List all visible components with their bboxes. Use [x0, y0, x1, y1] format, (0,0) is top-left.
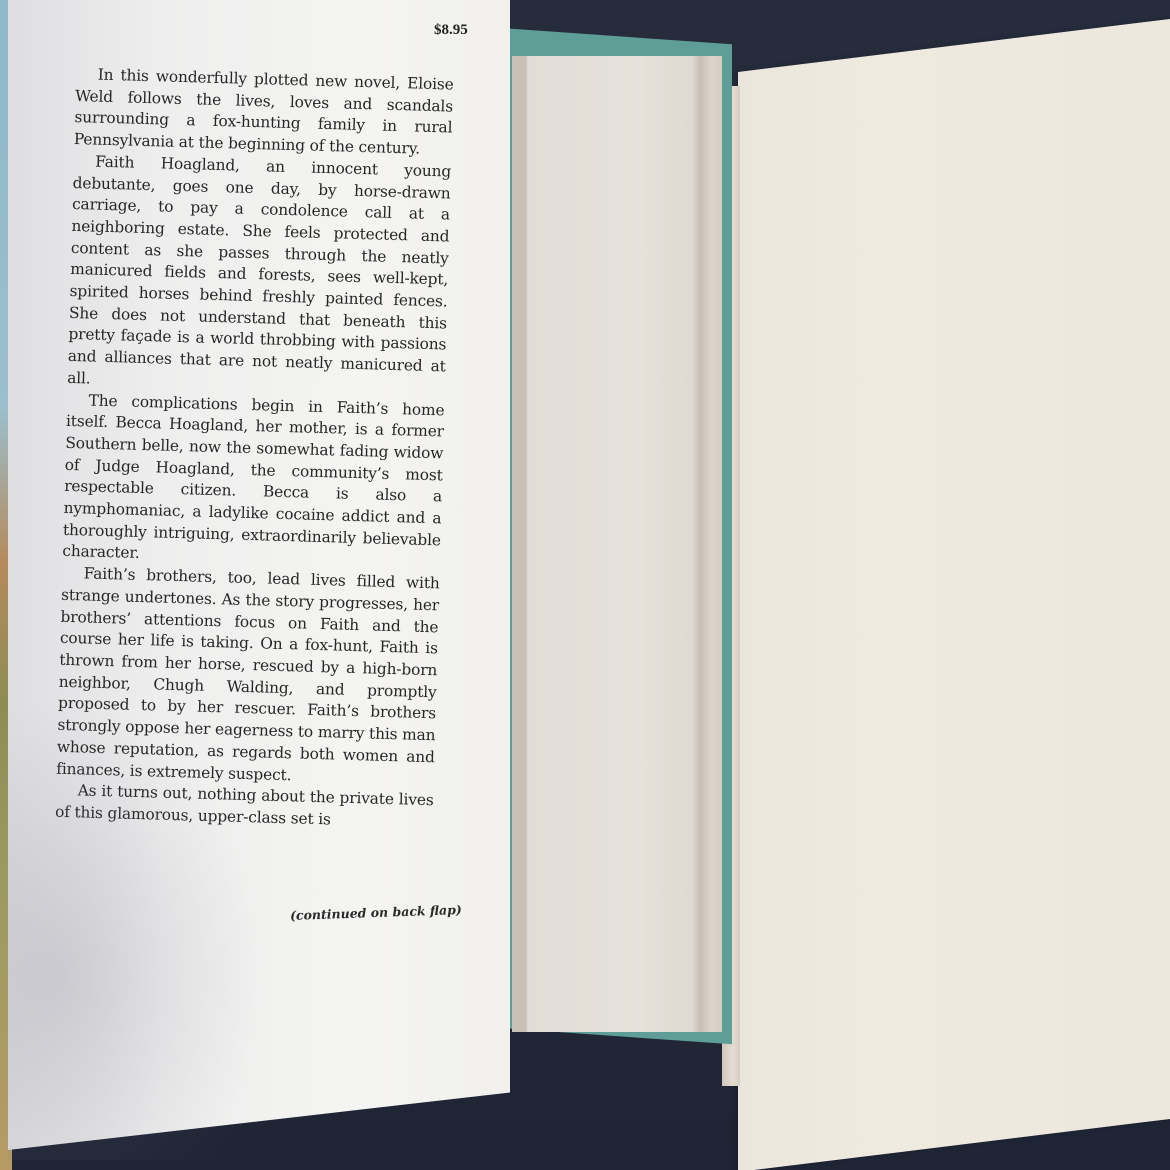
flap-paragraph: Faith Hoagland, an innocent young debuta… — [67, 151, 452, 400]
flap-copy: In this wonderfully plotted new novel, E… — [55, 64, 454, 834]
gutter-paper — [512, 56, 722, 1032]
book-photo: $8.95 In this wonderfully plotted new no… — [0, 0, 1170, 1170]
flap-paragraph: Faith’s brothers, too, lead lives filled… — [56, 563, 440, 791]
endpaper — [738, 14, 1170, 1170]
price-label: $8.95 — [434, 22, 468, 39]
flap-paragraph: The complications begin in Faith’s home … — [62, 389, 445, 573]
flap-paragraph: In this wonderfully plotted new novel, E… — [74, 64, 454, 161]
